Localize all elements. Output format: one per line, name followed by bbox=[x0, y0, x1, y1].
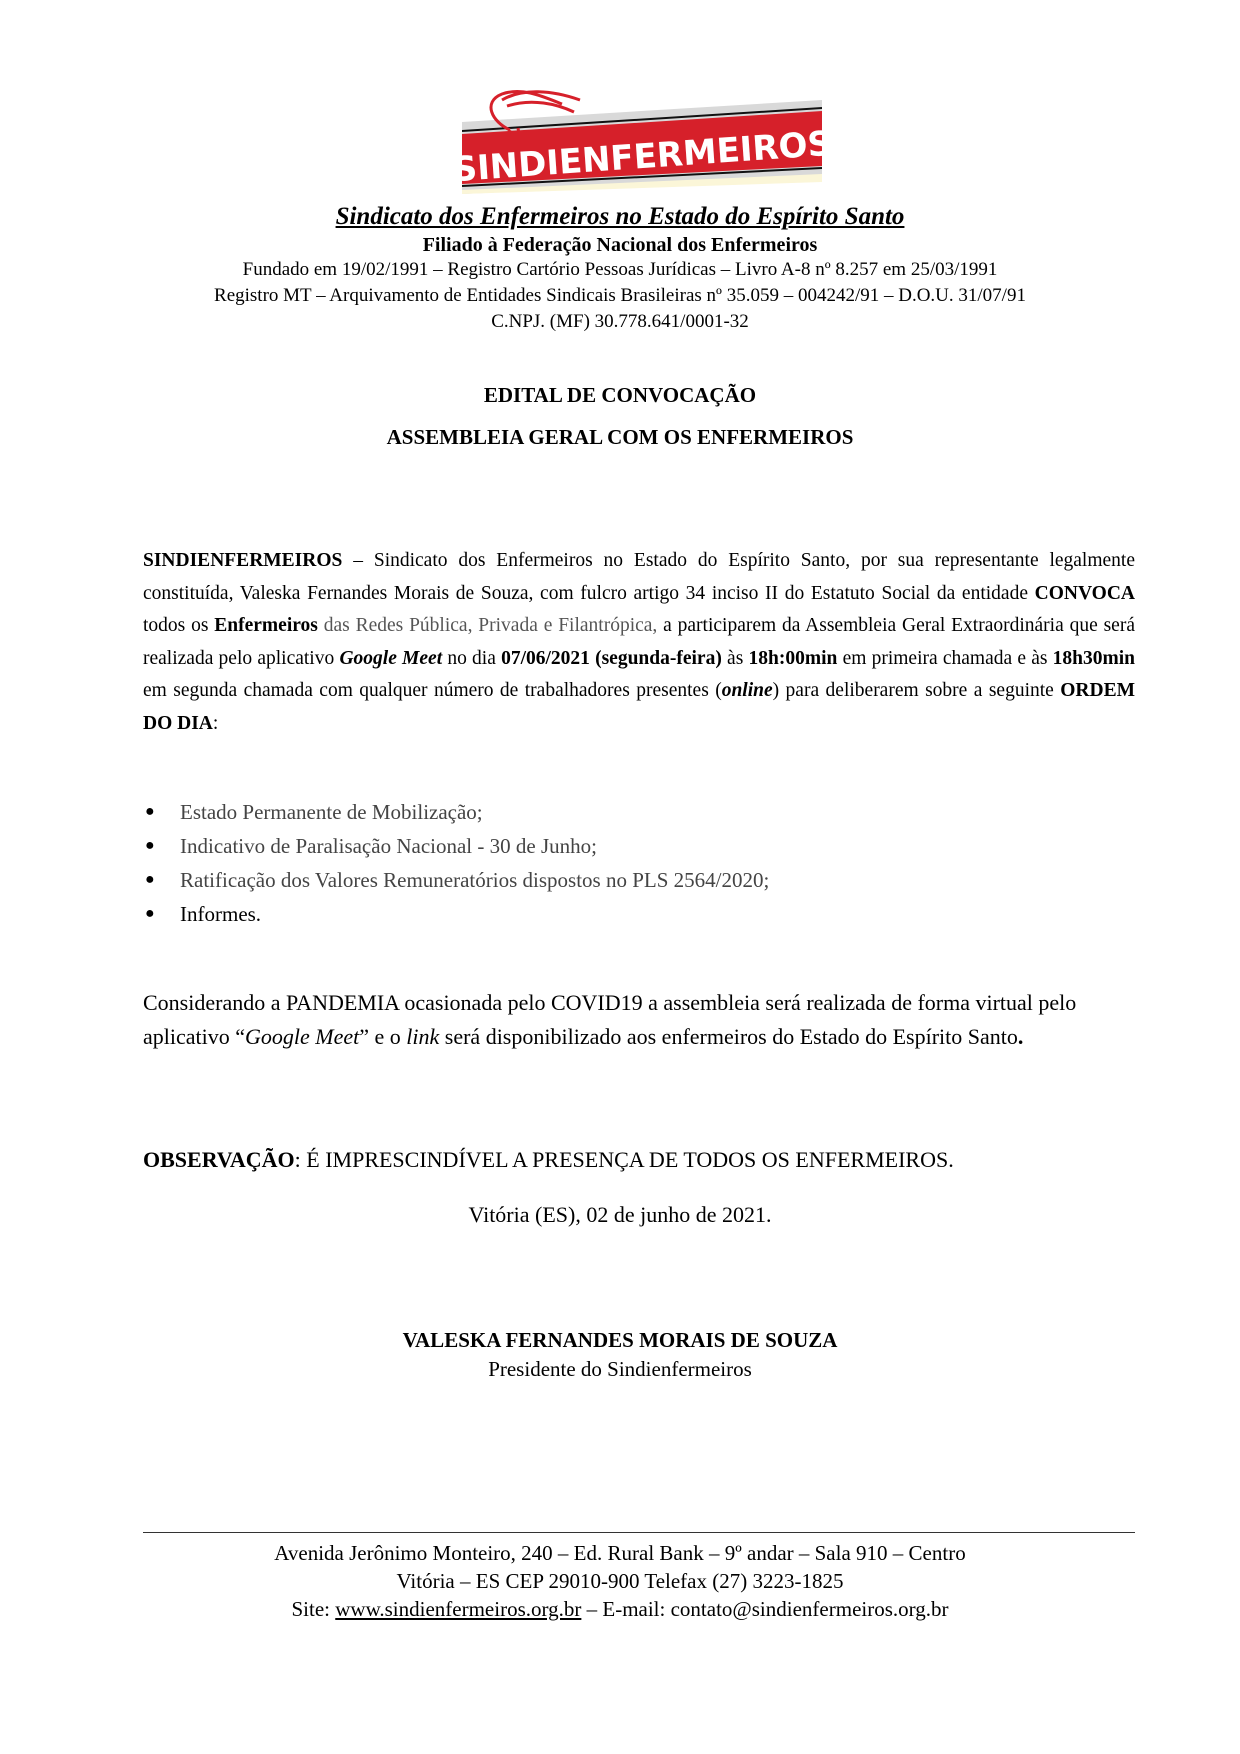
notice-title: EDITAL DE CONVOCAÇÃO bbox=[0, 383, 1240, 408]
place-date: Vitória (ES), 02 de junho de 2021. bbox=[0, 1202, 1240, 1228]
agenda-item: ●Ratificação dos Valores Remuneratórios … bbox=[143, 863, 1043, 897]
registration-line-1: Fundado em 19/02/1991 – Registro Cartóri… bbox=[0, 259, 1240, 281]
affiliation: Filiado à Federação Nacional dos Enferme… bbox=[0, 234, 1240, 257]
footer-divider bbox=[143, 1532, 1135, 1533]
observation: OBSERVAÇÃO: É IMPRESCINDÍVEL A PRESENÇA … bbox=[143, 1147, 1133, 1173]
agenda-item: ●Informes. bbox=[143, 897, 1043, 931]
logo-graphic: SINDIENFERMEIROS bbox=[462, 82, 822, 194]
footer-address: Avenida Jerônimo Monteiro, 240 – Ed. Rur… bbox=[0, 1541, 1240, 1566]
observation-label: OBSERVAÇÃO bbox=[143, 1147, 295, 1172]
cnpj: C.NPJ. (MF) 30.778.641/0001-32 bbox=[0, 311, 1240, 333]
org-name: Sindicato dos Enfermeiros no Estado do E… bbox=[0, 203, 1240, 231]
agenda-item: ●Estado Permanente de Mobilização; bbox=[143, 795, 1043, 829]
convocation-paragraph: SINDIENFERMEIROS – Sindicato dos Enferme… bbox=[143, 545, 1135, 740]
footer-city-phone: Vitória – ES CEP 29010-900 Telefax (27) … bbox=[0, 1569, 1240, 1594]
email-address[interactable]: contato@sindienfermeiros.org.br bbox=[671, 1597, 949, 1621]
signer-name: VALESKA FERNANDES MORAIS DE SOUZA bbox=[0, 1328, 1240, 1353]
pandemic-paragraph: Considerando a PANDEMIA ocasionada pelo … bbox=[143, 986, 1133, 1054]
signer-role: Presidente do Sindienfermeiros bbox=[0, 1357, 1240, 1382]
footer-contact: Site: www.sindienfermeiros.org.br – E-ma… bbox=[0, 1597, 1240, 1622]
agenda-item: ●Indicativo de Paralisação Nacional - 30… bbox=[143, 829, 1043, 863]
agenda-list: ●Estado Permanente de Mobilização; ●Indi… bbox=[143, 795, 1043, 931]
bullet-icon: ● bbox=[145, 897, 155, 931]
registration-line-2: Registro MT – Arquivamento de Entidades … bbox=[0, 285, 1240, 307]
bullet-icon: ● bbox=[145, 795, 155, 829]
notice-subtitle: ASSEMBLEIA GERAL COM OS ENFERMEIROS bbox=[0, 425, 1240, 450]
bullet-icon: ● bbox=[145, 829, 155, 863]
bullet-icon: ● bbox=[145, 863, 155, 897]
sindienfermeiros-logo: SINDIENFERMEIROS bbox=[462, 82, 822, 194]
site-link[interactable]: www.sindienfermeiros.org.br bbox=[335, 1597, 581, 1621]
